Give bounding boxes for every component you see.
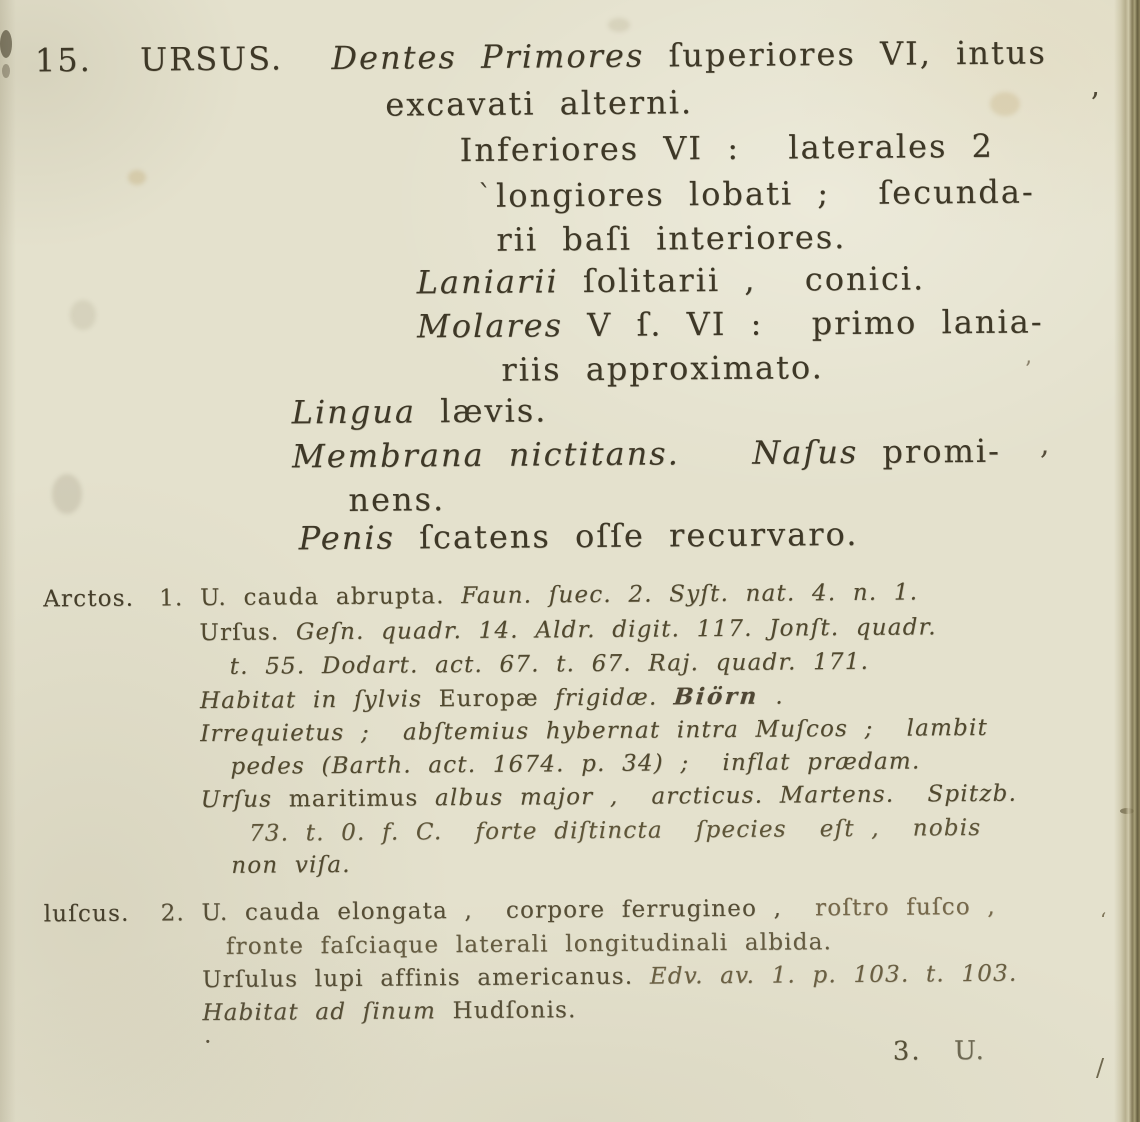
genus-description-line: excavati alterni.	[385, 86, 693, 120]
species-arctos-line: Urſus maritimus albus major , arcticus. …	[201, 783, 1017, 812]
text-run: Urſulus lupi affinis americanus.	[202, 964, 650, 994]
species-arctos-line: 73. t. 0. f. C. forte diſtincta ſpecies …	[249, 817, 981, 846]
species-arctos-line: non viſa.	[231, 854, 351, 878]
text-run: .	[759, 684, 784, 710]
text-run: ſolitarii , conici.	[583, 259, 926, 300]
text-run: luſcus.	[44, 901, 130, 928]
text-run: pedes (Barth. act. 1674. p. 34) ; inflat…	[230, 748, 920, 779]
text-run: ſcatens oſſe recurvaro.	[419, 515, 859, 556]
species-arctos-line: Urſus. Geſn. quadr. 14. Aldr. digit. 117…	[199, 616, 937, 645]
text-run: Geſn. quadr. 14. Aldr. digit. 117. Jonſt…	[296, 614, 937, 645]
text-run: V ſ. VI : primo lania-	[587, 302, 1044, 344]
text-run: 1. U. cauda abrupta.	[159, 583, 461, 611]
text-run: Habitat in ſylvis	[200, 686, 439, 714]
catchword-line: 3. U.	[893, 1038, 986, 1065]
text-run: Molares	[417, 306, 587, 345]
text-run: t. 55. Dodart. act. 67. t. 67. Raj. quad…	[230, 649, 870, 680]
genus-description-line: Membrana nictitans. Naſus promi-	[292, 435, 1001, 473]
text-run: frigidæ.	[555, 684, 674, 711]
species-arctos-line: Irrequietus ; abſtemius hybernat intra M…	[200, 717, 988, 746]
text-run: 3.	[893, 1036, 955, 1066]
species-luscus-line: Urſulus lupi affinis americanus. Edv. av…	[202, 963, 1017, 992]
text-run: 73. t. 0. f. C. forte diſtincta ſpecies …	[249, 815, 981, 847]
text-run: Laniarii	[417, 262, 583, 301]
text-run: Irrequietus ; abſtemius hybernat intra M…	[200, 715, 988, 747]
text-run: Penis	[299, 518, 420, 557]
text-layer: 15. URSUS. Dentes Primores ſuperiores VI…	[0, 0, 1140, 1122]
text-run: Lingua	[292, 392, 441, 431]
text-run: longiores lobati ; ſecunda-	[496, 173, 1035, 215]
text-run: fronte faſciaque laterali longitudinali …	[226, 929, 832, 960]
genus-description-line: Inferiores VI : laterales 2	[460, 130, 995, 166]
text-run: 15.	[35, 41, 141, 80]
species-arctos-line: Arctos.	[43, 588, 134, 612]
text-run: nens.	[348, 480, 445, 519]
genus-description-line: longiores lobati ; ſecunda-	[496, 176, 1035, 212]
text-run: Edv. av. 1. p. 103. t. 103.	[650, 961, 1018, 990]
text-run: riis approximato.	[501, 348, 824, 389]
text-run: Urſus	[201, 786, 289, 813]
species-arctos-line: Habitat in ſylvis Europæ frigidæ. Biörn …	[200, 685, 784, 714]
text-run: lævis.	[440, 391, 548, 430]
text-run: ſuperiores VI, intus	[668, 33, 1047, 74]
text-run: rii baſi interiores.	[496, 218, 846, 259]
text-run: maritimus	[289, 785, 435, 812]
species-arctos-line: pedes (Barth. act. 1674. p. 34) ; inflat…	[230, 750, 920, 778]
species-arctos-line: 1. U. cauda abrupta. Faun. ſuec. 2. Syſt…	[159, 581, 918, 610]
text-run: Biörn	[673, 685, 760, 709]
text-run: U.	[954, 1036, 986, 1066]
text-run: roſtro fuſco ,	[815, 894, 996, 921]
text-run: URSUS.	[140, 39, 332, 79]
text-run: Inferiores VI : laterales 2	[460, 127, 995, 169]
species-luscus-line: luſcus.	[44, 903, 130, 927]
text-run: Urſus.	[199, 619, 296, 646]
text-run: Dentes Primores	[331, 36, 668, 77]
text-run: promi-	[882, 432, 1001, 471]
species-luscus-line: fronte faſciaque laterali longitudinali …	[226, 931, 832, 959]
genus-description-line: Lingua lævis.	[292, 394, 548, 428]
text-run: Faun. ſuec. 2. Syſt. nat. 4. n. 1.	[461, 579, 918, 609]
page-edge	[1114, 0, 1140, 1122]
text-run: albus major , arcticus. Martens. Spitzb.	[435, 781, 1017, 812]
genus-description-line: nens.	[348, 483, 445, 516]
book-page: 15. URSUS. Dentes Primores ſuperiores VI…	[0, 0, 1140, 1122]
species-luscus-line: Habitat ad ſinum Hudſonis.	[202, 999, 576, 1025]
genus-description-line: rii baſi interiores.	[496, 221, 846, 256]
genus-description-line: riis approximato.	[501, 351, 824, 386]
text-run: Membrana nictitans. Naſus	[292, 433, 883, 476]
genus-description-line: 15. URSUS. Dentes Primores ſuperiores VI…	[35, 36, 1047, 76]
species-arctos-line: t. 55. Dodart. act. 67. t. 67. Raj. quad…	[230, 651, 870, 679]
species-luscus-line: 2. U. cauda elongata , corpore ferrugine…	[161, 896, 996, 926]
text-run: Habitat ad ſinum	[202, 998, 452, 1026]
text-run: excavati alterni.	[385, 83, 693, 123]
text-run: Europæ	[439, 685, 556, 712]
genus-description-line: Laniarii ſolitarii , conici.	[417, 262, 926, 298]
text-run: 2. U. cauda elongata , corpore ferrugine…	[161, 895, 816, 926]
text-run: Hudſonis.	[452, 997, 576, 1024]
text-run: Arctos.	[43, 586, 134, 613]
text-run: non viſa.	[231, 852, 351, 879]
genus-description-line: Penis ſcatens oſſe recurvaro.	[299, 518, 859, 554]
genus-description-line: Molares V ſ. VI : primo lania-	[417, 305, 1044, 342]
